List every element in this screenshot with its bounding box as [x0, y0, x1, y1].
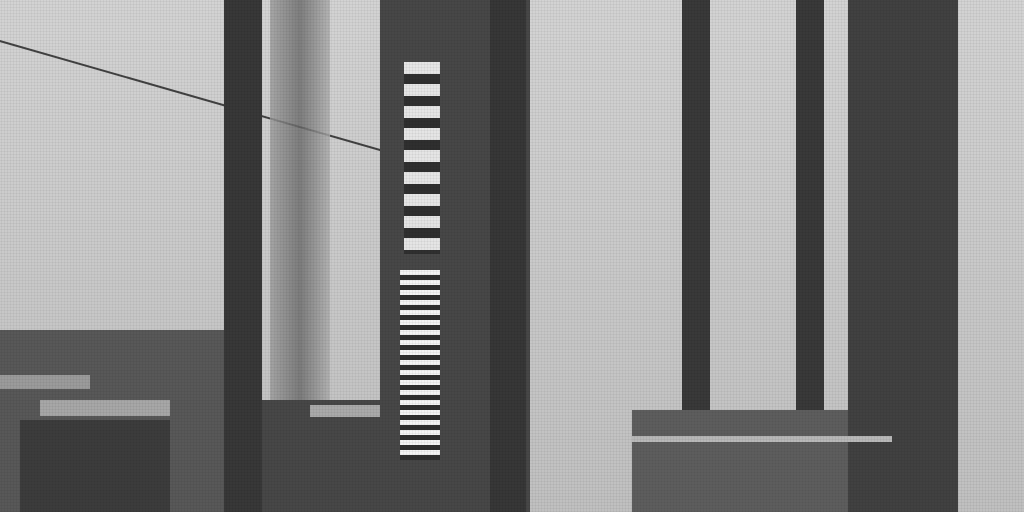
wire [0, 40, 423, 163]
shelf [0, 375, 90, 389]
frame-post [224, 0, 262, 512]
rail [632, 436, 892, 442]
patterned-sign [404, 62, 440, 254]
shelf [40, 400, 170, 416]
lower-dark [20, 420, 170, 512]
photograph [0, 0, 1024, 512]
striped-garment [400, 270, 440, 460]
reflection [270, 0, 330, 400]
frame-post [490, 0, 526, 512]
lower-right-dark [632, 410, 848, 512]
